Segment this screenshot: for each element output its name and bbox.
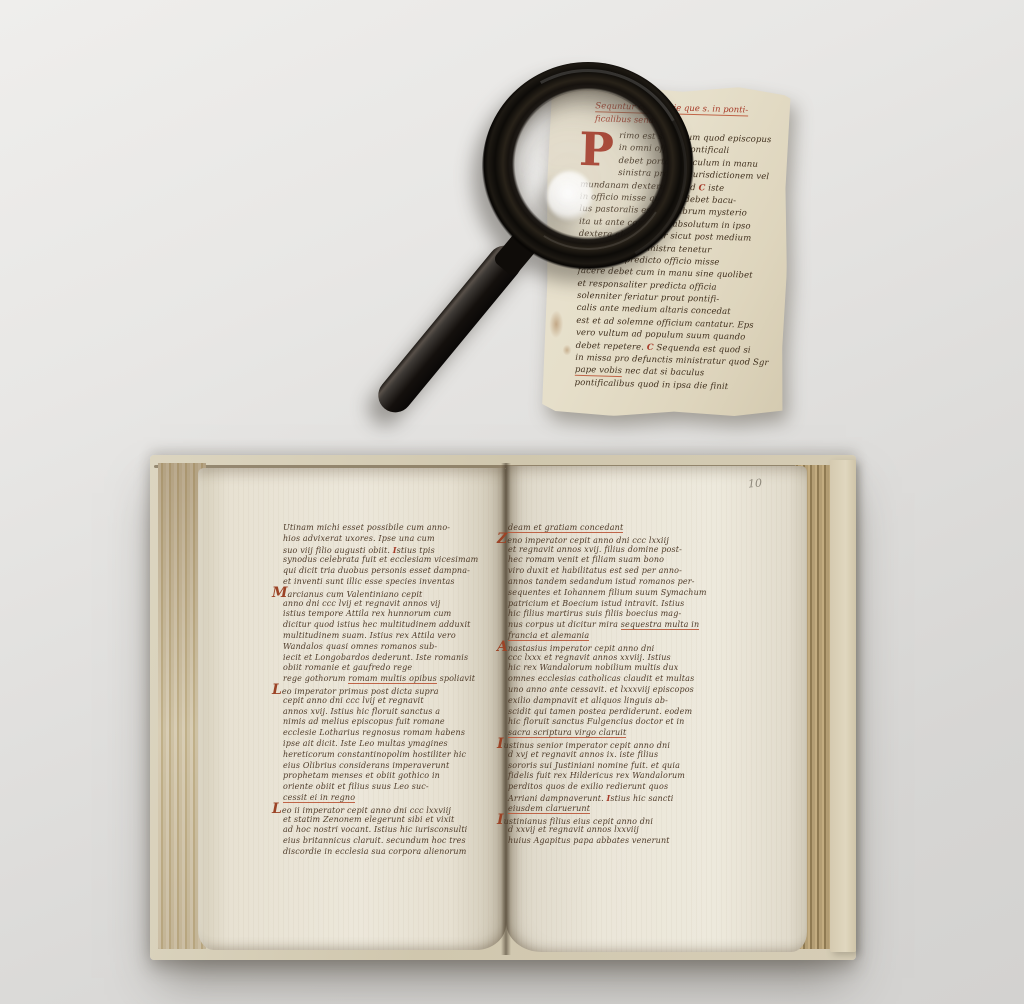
manuscript-text-segment: exilio dampnavit et aliquos linguis ab-: [508, 696, 668, 705]
manuscript-text-segment: ipse ait dicit. Iste Leo multas ymagines: [283, 739, 448, 748]
manuscript-text-line: sororis sui Justiniani nomine fuit. et q…: [508, 761, 760, 772]
manuscript-text-line: Zeno imperator cepit anno dni ccc lxxiij: [508, 534, 760, 545]
manuscript-text-segment: Utinam michi esset possibile cum anno-: [283, 523, 450, 532]
manuscript-text-segment: nimis ad melius episcopus fuit romane: [283, 717, 445, 726]
manuscript-text-line: hec romam venit et filiam suam bono: [508, 555, 760, 566]
manuscript-text-segment: stius tpis: [397, 546, 435, 555]
manuscript-text-line: cessit ei in regno: [283, 793, 507, 804]
manuscript-text-segment: scidit qui tamen postea perdiderunt. eod…: [508, 707, 692, 716]
manuscript-text-line: eiusdem claruerunt: [508, 804, 760, 815]
manuscript-text-segment: eius Olibrius considerans imperaverunt: [283, 761, 449, 770]
manuscript-text-segment: annos xvij. Istius hic floruit sanctus a: [283, 707, 440, 716]
manuscript-text-line: istius tempore Attila rex hunnorum cum: [283, 609, 507, 620]
magnifier-rim: [482, 62, 694, 274]
left-page-text: Utinam michi esset possibile cum anno-hi…: [283, 523, 507, 858]
manuscript-text-segment: nus corpus ut dicitur mira: [508, 620, 621, 629]
manuscript-text-line: Wandalos quasi omnes romanos sub-: [283, 642, 507, 653]
manuscript-text-segment: hec romam venit et filiam suam bono: [508, 555, 664, 564]
manuscript-text-line: et regnavit annos xvij. filius domine po…: [508, 545, 760, 556]
manuscript-text-segment: ad hoc nostri vocant. Istius hic iurisco…: [283, 825, 467, 834]
manuscript-text-line: hios advixerat uxores. Ipse una cum: [283, 534, 507, 545]
manuscript-text-line: nimis ad melius episcopus fuit romane: [283, 717, 507, 728]
manuscript-text-line: perditos quos de exilio redierunt quos: [508, 782, 760, 793]
manuscript-text-line: et inventi sunt illic esse species inven…: [283, 577, 507, 588]
manuscript-text-segment: fidelis fuit rex Hildericus rex Wandalor…: [508, 771, 685, 780]
manuscript-text-line: hic filius martirus suis filiis boecius …: [508, 609, 760, 620]
manuscript-text-segment: sororis sui Justiniani nomine fuit. et q…: [508, 761, 680, 770]
manuscript-text-line: Marcianus cum Valentiniano cepit: [283, 588, 507, 599]
manuscript-text-line: Anastasius imperator cepit anno dni: [508, 642, 760, 653]
manuscript-text-line: patricium et Boecium istud intravit. Ist…: [508, 599, 760, 610]
manuscript-text-segment: nec dat si baculus: [622, 367, 705, 379]
manuscript-text-segment: eo ii imperator cepit anno dni ccc lxxvi…: [282, 806, 451, 815]
manuscript-text-segment: multitudinem suam. Istius rex Attila ver…: [283, 631, 456, 640]
manuscript-u-segment: sacra scriptura virgo claruit: [508, 728, 626, 738]
manuscript-text-line: Utinam michi esset possibile cum anno-: [283, 523, 507, 534]
manuscript-u-segment: pape vobis: [575, 365, 622, 377]
manuscript-text-segment: ecclesie Lotharius regnosus romam habens: [283, 728, 465, 737]
manuscript-text-segment: iste: [705, 183, 724, 194]
manuscript-text-segment: hereticorum constantinopolim hostiliter …: [283, 750, 466, 759]
manuscript-text-segment: viro duxit et habilitatus est sed per an…: [508, 566, 682, 575]
manuscript-text-line: hereticorum constantinopolim hostiliter …: [283, 750, 507, 761]
manuscript-u-segment: francia et alemania: [508, 631, 589, 641]
manuscript-text-line: omnes ecclesias catholicas claudit et mu…: [508, 674, 760, 685]
manuscript-text-segment: rege gothorum: [283, 674, 348, 683]
manuscript-text-segment: anno dni ccc lvij et regnavit annos vij: [283, 599, 440, 608]
manuscript-text-line: suo viij filio augusti obiit. Istius tpi…: [283, 545, 507, 556]
manuscript-text-segment: hios advixerat uxores. Ipse una cum: [283, 534, 435, 543]
manuscript-text-line: ecclesie Lotharius regnosus romam habens: [283, 728, 507, 739]
manuscript-text-line: fidelis fuit rex Hildericus rex Wandalor…: [508, 771, 760, 782]
manuscript-init-segment: Z: [497, 531, 507, 547]
manuscript-text-line: d xxvij et regnavit annos lxxviij: [508, 825, 760, 836]
manuscript-text-line: Leo ii imperator cepit anno dni ccc lxxv…: [283, 804, 507, 815]
manuscript-text-line: nus corpus ut dicitur mira sequestra mul…: [508, 620, 760, 631]
manuscript-text-line: Arriani dampnaverunt. Istius hic sancti: [508, 793, 760, 804]
manuscript-text-line: deam et gratiam concedant: [508, 523, 760, 534]
manuscript-u-segment: eiusdem claruerunt: [508, 804, 590, 814]
manuscript-text-line: annos xvij. Istius hic floruit sanctus a: [283, 707, 507, 718]
manuscript-text-line: eius Olibrius considerans imperaverunt: [283, 761, 507, 772]
manuscript-text-line: ad hoc nostri vocant. Istius hic iurisco…: [283, 825, 507, 836]
manuscript-text-line: obiit romanie et gaufredo rege: [283, 663, 507, 674]
manuscript-text-line: annos tandem sedandum istud romanos per-: [508, 577, 760, 588]
manuscript-text-segment: annos tandem sedandum istud romanos per-: [508, 577, 695, 586]
manuscript-text-segment: et inventi sunt illic esse species inven…: [283, 577, 455, 586]
manuscript-text-line: scidit qui tamen postea perdiderunt. eod…: [508, 707, 760, 718]
manuscript-text-line: synodus celebrata fuit et ecclesiam vice…: [283, 555, 507, 566]
manuscript-text-segment: ccc lxxx et regnavit annos xxviij. Istiu…: [508, 653, 671, 662]
manuscript-text-segment: eno imperator cepit anno dni ccc lxxiij: [507, 536, 669, 545]
manuscript-u-segment: cessit ei in regno: [283, 793, 355, 803]
manuscript-text-line: d xvj et regnavit annos ix. iste filius: [508, 750, 760, 761]
manuscript-text-line: huius Agapitus papa abbates venerunt: [508, 836, 760, 847]
manuscript-text-segment: synodus celebrata fuit et ecclesiam vice…: [283, 555, 478, 564]
manuscript-text-segment: arcianus cum Valentiniano cepit: [288, 590, 423, 599]
manuscript-text-segment: d xxvij et regnavit annos lxxviij: [508, 825, 639, 834]
manuscript-text-segment: cepit anno dni ccc lvij et regnavit: [283, 696, 424, 705]
manuscript-text-segment: nastasius imperator cepit anno dni: [508, 644, 655, 653]
manuscript-text-line: anno dni ccc lvij et regnavit annos vij: [283, 599, 507, 610]
manuscript-init-segment: A: [497, 639, 508, 655]
manuscript-text-segment: Wandalos quasi omnes romanos sub-: [283, 642, 437, 651]
manuscript-text-segment: hic rex Wandalorum nobilium multis dux: [508, 663, 678, 672]
manuscript-text-segment: suo viij filio augusti obiit.: [283, 546, 393, 555]
manuscript-text-segment: stius hic sancti: [610, 794, 673, 803]
photo-scene: 10 Utinam michi esset possibile cum anno…: [0, 0, 1024, 1004]
manuscript-text-line: sacra scriptura virgo claruit: [508, 728, 760, 739]
page-number: 10: [748, 477, 763, 491]
manuscript-text-segment: istius tempore Attila rex hunnorum cum: [283, 609, 451, 618]
manuscript-text-segment: Arriani dampnaverunt.: [508, 794, 607, 803]
manuscript-text-line: francia et alemania: [508, 631, 760, 642]
manuscript-text-segment: ustinus senior imperator cepit anno dni: [504, 741, 670, 750]
manuscript-text-line: ccc lxxx et regnavit annos xxviij. Istiu…: [508, 653, 760, 664]
manuscript-text-line: iecit et Longobardos dederunt. Iste roma…: [283, 653, 507, 664]
manuscript-text-segment: hic floruit sanctus Fulgencius doctor et…: [508, 717, 684, 726]
manuscript-text-segment: eo imperator primus post dicta supra: [282, 687, 439, 696]
manuscript-text-segment: ustinianus filius eius cepit anno dni: [504, 817, 653, 826]
manuscript-text-line: viro duxit et habilitatus est sed per an…: [508, 566, 760, 577]
manuscript-text-segment: perditos quos de exilio redierunt quos: [508, 782, 668, 791]
manuscript-text-segment: oriente obiit et filius suus Leo suc-: [283, 782, 429, 791]
manuscript-text-segment: patricium et Boecium istud intravit. Ist…: [508, 599, 684, 608]
manuscript-text-segment: huius Agapitus papa abbates venerunt: [508, 836, 670, 845]
manuscript-text-segment: dicitur quod istius hec multitudinem add…: [283, 620, 471, 629]
cover-flap-right: [830, 460, 856, 952]
paper-stain: [562, 344, 571, 355]
manuscript-text-segment: spoliavit: [437, 674, 475, 683]
manuscript-text-segment: hic filius martirus suis filiis boecius …: [508, 609, 681, 618]
manuscript-text-segment: pontificalibus quod in ipsa die finit: [574, 378, 728, 392]
manuscript-text-line: discordie in ecclesia sua corpora alieno…: [283, 847, 507, 858]
manuscript-text-segment: obiit romanie et gaufredo rege: [283, 663, 412, 672]
manuscript-text-line: Iustinus senior imperator cepit anno dni: [508, 739, 760, 750]
manuscript-text-line: ipse ait dicit. Iste Leo multas ymagines: [283, 739, 507, 750]
manuscript-text-segment: d xvj et regnavit annos ix. iste filius: [508, 750, 658, 759]
manuscript-text-segment: prophetam menses et obiit gothico in: [283, 771, 440, 780]
manuscript-text-line: Leo imperator primus post dicta supra: [283, 685, 507, 696]
manuscript-text-line: multitudinem suam. Istius rex Attila ver…: [283, 631, 507, 642]
manuscript-text-line: oriente obiit et filius suus Leo suc-: [283, 782, 507, 793]
manuscript-text-segment: discordie in ecclesia sua corpora alieno…: [283, 847, 466, 856]
manuscript-text-line: et statim Zenonem elegerunt sibi et vixi…: [283, 815, 507, 826]
manuscript-text-line: rege gothorum romam multis opibus spolia…: [283, 674, 507, 685]
manuscript-text-segment: debet repetere.: [576, 340, 647, 352]
manuscript-text-line: cepit anno dni ccc lvij et regnavit: [283, 696, 507, 707]
manuscript-text-segment: omnes ecclesias catholicas claudit et mu…: [508, 674, 694, 683]
manuscript-text-line: eius britannicus claruit. secundum hoc t…: [283, 836, 507, 847]
manuscript-text-segment: uno anno ante cessavit. et lxxxviij epis…: [508, 685, 694, 694]
manuscript-init-segment: L: [272, 682, 282, 698]
manuscript-init-segment: L: [272, 801, 282, 817]
manuscript-text-line: sequentes et Iohannem filium suum Symach…: [508, 588, 760, 599]
manuscript-text-segment: eius britannicus claruit. secundum hoc t…: [283, 836, 466, 845]
manuscript-text-segment: et statim Zenonem elegerunt sibi et vixi…: [283, 815, 454, 824]
paper-stain: [549, 310, 564, 338]
manuscript-text-segment: iecit et Longobardos dederunt. Iste roma…: [283, 653, 468, 662]
manuscript-text-line: exilio dampnavit et aliquos linguis ab-: [508, 696, 760, 707]
manuscript-u-segment: sequestra multa in: [621, 620, 700, 630]
manuscript-text-line: Iustinianus filius eius cepit anno dni: [508, 815, 760, 826]
manuscript-text-line: dicitur quod istius hec multitudinem add…: [283, 620, 507, 631]
open-manuscript-book: 10 Utinam michi esset possibile cum anno…: [150, 455, 856, 960]
manuscript-text-segment: et regnavit annos xvij. filius domine po…: [508, 545, 682, 554]
manuscript-u-segment: romam multis opibus: [348, 674, 437, 684]
manuscript-text-segment: sequentes et Iohannem filium suum Symach…: [508, 588, 707, 597]
manuscript-u-segment: deam et gratiam concedant: [508, 523, 623, 533]
manuscript-text-line: qui dicit tria duobus personis esset dam…: [283, 566, 507, 577]
right-page-text: deam et gratiam concedantZeno imperator …: [508, 523, 760, 847]
manuscript-text-line: hic rex Wandalorum nobilium multis dux: [508, 663, 760, 674]
manuscript-text-line: hic floruit sanctus Fulgencius doctor et…: [508, 717, 760, 728]
manuscript-text-line: uno anno ante cessavit. et lxxxviij epis…: [508, 685, 760, 696]
manuscript-text-segment: qui dicit tria duobus personis esset dam…: [283, 566, 470, 575]
manuscript-text-line: prophetam menses et obiit gothico in: [283, 771, 507, 782]
